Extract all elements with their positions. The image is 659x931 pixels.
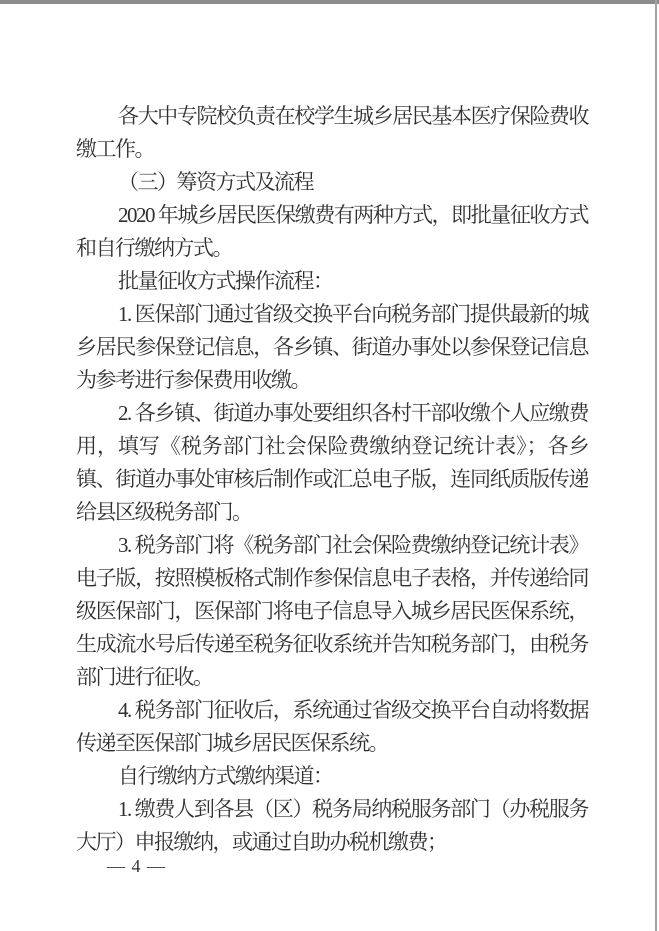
page-number: — 4 — (107, 855, 166, 877)
section-heading-financing-method: （三）筹资方式及流程 (76, 166, 588, 199)
paragraph-self-payment-title: 自行缴纳方式缴纳渠道： (76, 760, 588, 793)
paragraph-batch-step-2: 2. 各乡镇、街道办事处要组织各村干部收缴个人应缴费用，填写《税务部门社会保险费… (76, 397, 588, 529)
document-body-text: 各大中专院校负责在校学生城乡居民基本医疗保险费收缴工作。 （三）筹资方式及流程 … (76, 100, 588, 859)
paragraph-batch-step-4: 4. 税务部门征收后，系统通过省级交换平台自动将数据传递至医保部门城乡居民医保系… (76, 694, 588, 760)
paragraph-two-payment-methods: 2020 年城乡居民医保缴费有两种方式，即批量征收方式和自行缴纳方式。 (76, 199, 588, 265)
page-right-edge-line (655, 0, 657, 931)
paragraph-batch-step-3: 3. 税务部门将《税务部门社会保险费缴纳登记统计表》电子版，按照模板格式制作参保… (76, 529, 588, 694)
paragraph-school-collection: 各大中专院校负责在校学生城乡居民基本医疗保险费收缴工作。 (76, 100, 588, 166)
paragraph-batch-collection-title: 批量征收方式操作流程： (76, 265, 588, 298)
paragraph-self-payment-step-1: 1. 缴费人到各县（区）税务局纳税服务部门（办税服务大厅）申报缴纳，或通过自助办… (76, 793, 588, 859)
viewer-top-bar (0, 0, 659, 4)
document-page: { "page": { "background": "#ffffff", "to… (0, 0, 659, 931)
paragraph-batch-step-1: 1. 医保部门通过省级交换平台向税务部门提供最新的城乡居民参保登记信息，各乡镇、… (76, 298, 588, 397)
